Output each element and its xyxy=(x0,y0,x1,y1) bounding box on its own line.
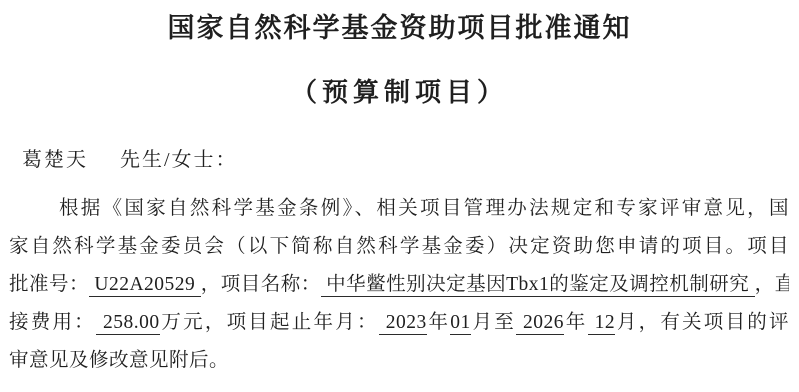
body-paragraph: 根据《国家自然科学基金条例》、相关项目管理办法规定和专家评审意见，国 家自然科学… xyxy=(9,190,789,380)
body-text-segment: 年 xyxy=(564,312,587,333)
end-year-value: 2026 xyxy=(516,312,564,335)
body-line: 审意见及修改意见附后。 xyxy=(9,342,789,380)
body-text-segment: 审意见及修改意见附后。 xyxy=(9,350,229,371)
recipient-name: 葛楚天 xyxy=(22,149,88,171)
body-text-segment: ，直 xyxy=(755,274,789,295)
salutation-line: 葛楚天先生/女士： xyxy=(22,146,799,174)
body-text-segment: 家自然科学基金委员会（以下简称自然科学基金委）决定资助您申请的项目。项目 xyxy=(9,236,789,257)
body-line: 根据《国家自然科学基金条例》、相关项目管理办法规定和专家评审意见，国 xyxy=(9,190,789,228)
project-title-value: 中华鳖性别决定基因Tbx1的鉴定及调控机制研究 xyxy=(321,274,755,297)
body-text-segment: 月至 xyxy=(471,312,516,333)
body-text-segment: 批准号： xyxy=(9,274,89,295)
body-line: 批准号： U22A20529 ，项目名称： 中华鳖性别决定基因Tbx1的鉴定及调… xyxy=(9,266,789,304)
page-title: 国家自然科学基金资助项目批准通知 xyxy=(0,0,799,44)
body-text-segment: 月，有关项目的评 xyxy=(615,312,789,333)
body-text-segment: 万元，项目起止年月： xyxy=(160,312,379,333)
page-subtitle: （预算制项目） xyxy=(0,78,799,108)
end-month-value: 12 xyxy=(588,312,616,335)
start-year-value: 2023 xyxy=(379,312,427,335)
salutation-suffix: 先生/女士： xyxy=(120,149,238,171)
body-text-segment: ，项目名称： xyxy=(201,274,321,295)
direct-cost-value: 258.00 xyxy=(96,312,160,335)
body-text-segment: 根据《国家自然科学基金条例》、相关项目管理办法规定和专家评审意见，国 xyxy=(59,198,789,219)
start-month-value: 01 xyxy=(450,312,471,335)
body-text-segment: 接费用： xyxy=(9,312,96,333)
body-line: 接费用： 258.00万元，项目起止年月： 2023年01月至 2026年 12… xyxy=(9,304,789,342)
grant-approval-notice: 国家自然科学基金资助项目批准通知 （预算制项目） 葛楚天先生/女士： 根据《国家… xyxy=(0,0,799,392)
body-text-segment: 年 xyxy=(427,312,450,333)
body-line: 家自然科学基金委员会（以下简称自然科学基金委）决定资助您申请的项目。项目 xyxy=(9,228,789,266)
grant-number-value: U22A20529 xyxy=(89,274,201,297)
